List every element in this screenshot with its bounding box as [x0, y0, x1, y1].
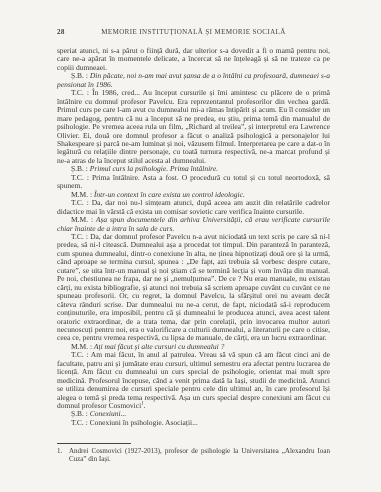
- text-segment: În 1986, cred... Au început cursurile și…: [57, 88, 330, 165]
- paragraph: T.C. : Prima întâlnire. Asta a fost. O p…: [57, 174, 330, 191]
- footnote-separator: [57, 443, 131, 444]
- body-text: speriat atunci, ni s-a părut o ființă du…: [57, 47, 330, 427]
- text-segment: Da, dar noi nu-l simțeam atunci, după ac…: [57, 198, 330, 215]
- text-segment: Din păcate, noi n-am mai avut șansa de a…: [57, 71, 330, 88]
- paragraph: speriat atunci, ni s-a părut o ființă du…: [57, 47, 330, 72]
- paragraph: T.C. : În 1986, cred... Au început cursu…: [57, 89, 330, 165]
- footnote-text: Andrei Cosmovici (1927-2013), profesor d…: [69, 447, 330, 463]
- text-segment: Am mai făcut, în anul al patrulea. Vreau…: [57, 350, 330, 410]
- paragraph: M.M. : Așa spun documentele din arhiva U…: [57, 216, 330, 233]
- text-segment: speriat atunci, ni s-a părut o ființă du…: [57, 46, 330, 72]
- text-segment: Da, dar domnul profesor Pavelcu n-a avut…: [57, 232, 330, 342]
- footnote: 1. Andrei Cosmovici (1927-2013), profeso…: [57, 447, 330, 463]
- paragraph: T.C. : Am mai făcut, în anul al patrulea…: [57, 351, 330, 410]
- page-header: 28 MEMORIE INSTITUȚIONALĂ ȘI MEMORIE SOC…: [57, 28, 330, 42]
- paragraph: Ș.B. : Din păcate, noi n-am mai avut șan…: [57, 72, 330, 89]
- running-head: MEMORIE INSTITUȚIONALĂ ȘI MEMORIE SOCIAL…: [57, 28, 330, 36]
- speaker-label: T.C. :: [71, 418, 90, 427]
- paragraph: T.C. : Conexiuni în psihologie. Asociați…: [57, 419, 330, 427]
- text-segment: Conexiuni în psihologie. Asociații...: [90, 418, 198, 427]
- text-segment: .: [144, 401, 146, 410]
- paragraph: T.C. : Da, dar domnul profesor Pavelcu n…: [57, 233, 330, 343]
- text-segment: Prima întâlnire. Asta a fost. O procedur…: [57, 173, 330, 190]
- page-number: 28: [57, 28, 65, 36]
- footnote-area: 1. Andrei Cosmovici (1927-2013), profeso…: [57, 443, 330, 463]
- text-segment: Așa spun documentele din arhiva Universi…: [57, 215, 330, 232]
- paragraph: T.C. : Da, dar noi nu-l simțeam atunci, …: [57, 199, 330, 216]
- footnote-marker: 1.: [57, 447, 69, 463]
- book-page: 28 MEMORIE INSTITUȚIONALĂ ȘI MEMORIE SOC…: [0, 0, 381, 492]
